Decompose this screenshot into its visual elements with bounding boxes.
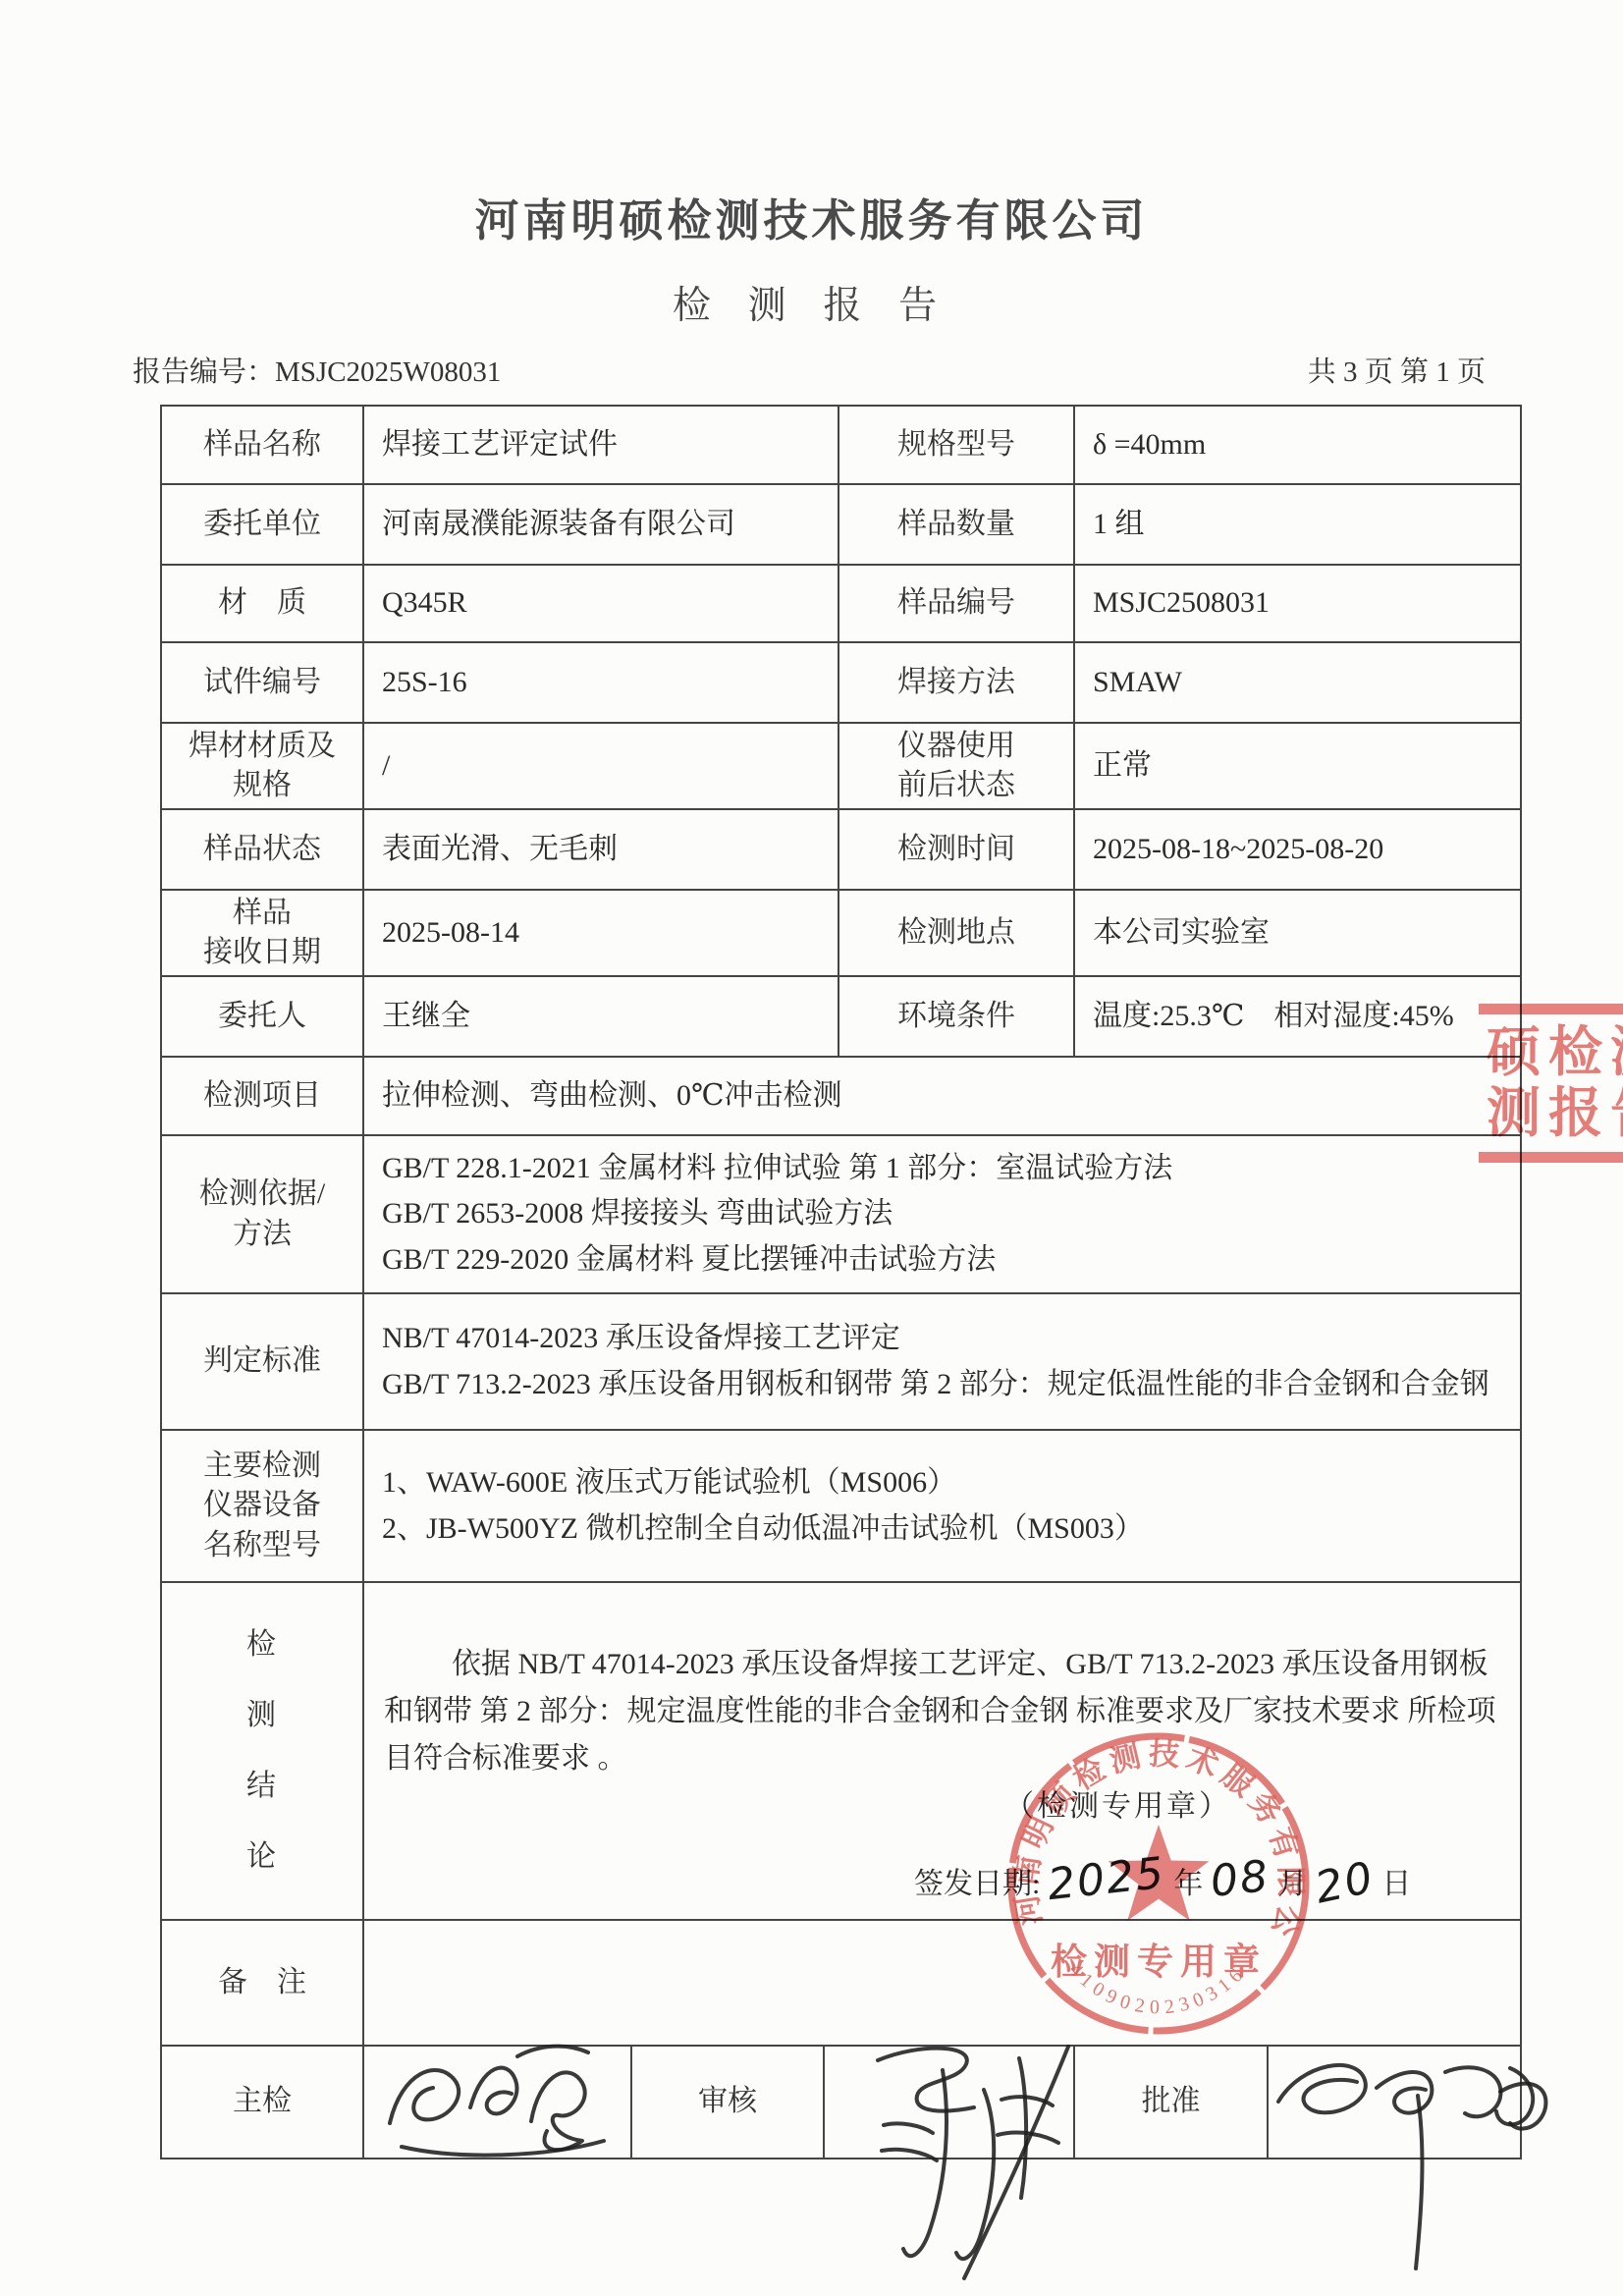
table-row: 检测项目 拉伸检测、弯曲检测、0℃冲击检测 xyxy=(161,1057,1521,1135)
table-row: 委托单位 河南晟濮能源装备有限公司 样品数量 1 组 xyxy=(161,484,1521,565)
field-label: 委托单位 xyxy=(161,484,363,565)
issue-month-suffix: 月 xyxy=(1277,1868,1307,1900)
table-row: 检测依据/ 方法 GB/T 228.1-2021 金属材料 拉伸试验 第 1 部… xyxy=(161,1135,1521,1293)
field-label: 样品数量 xyxy=(839,484,1074,565)
remark-value xyxy=(363,1920,1521,2046)
field-value: 表面光滑、无毛刺 xyxy=(363,809,839,890)
field-label: 仪器使用 前后状态 xyxy=(839,723,1074,809)
remark-row: 备 注 xyxy=(161,1920,1521,2046)
field-label: 样品 接收日期 xyxy=(161,890,363,976)
field-label: 焊材材质及 规格 xyxy=(161,723,363,809)
field-label: 规格型号 xyxy=(839,406,1074,484)
issue-year-suffix: 年 xyxy=(1173,1868,1203,1900)
reviewer-signature xyxy=(827,2031,1092,2296)
field-value: 1 组 xyxy=(1074,484,1521,565)
reviewer-signature-cell xyxy=(824,2046,1074,2159)
approver-signature xyxy=(1263,2033,1557,2278)
field-value: δ =40mm xyxy=(1074,406,1521,484)
doc-title: 检 测 报 告 xyxy=(0,275,1623,330)
field-label: 焊接方法 xyxy=(839,642,1074,723)
field-label: 检测依据/ 方法 xyxy=(161,1135,363,1293)
field-value: GB/T 228.1-2021 金属材料 拉伸试验 第 1 部分：室温试验方法 … xyxy=(363,1135,1521,1293)
inspector-label: 主检 xyxy=(161,2046,363,2159)
meta-row: 报告编号：MSJC2025W08031 共 3 页 第 1 页 xyxy=(133,350,1486,390)
report-table: 样品名称 焊接工艺评定试件 规格型号 δ =40mm 委托单位 河南晟濮能源装备… xyxy=(160,405,1522,2159)
field-label: 委托人 xyxy=(161,976,363,1057)
table-row: 试件编号 25S-16 焊接方法 SMAW xyxy=(161,642,1521,723)
field-label: 样品编号 xyxy=(839,565,1074,642)
approver-signature-cell xyxy=(1268,2046,1521,2159)
field-value: 正常 xyxy=(1074,723,1521,809)
field-label: 试件编号 xyxy=(161,642,363,723)
field-value: 1、WAW-600E 液压式万能试验机（MS006） 2、JB-W500YZ 微… xyxy=(363,1430,1521,1582)
approver-label: 批准 xyxy=(1074,2046,1268,2159)
issue-date-line: 签发日期:2025年08月20日 xyxy=(914,1846,1411,1913)
field-value: 本公司实验室 xyxy=(1074,890,1521,976)
conclusion-label: 检 测 结 论 xyxy=(161,1582,363,1920)
inspector-signature-cell xyxy=(363,2046,631,2159)
table-row: 样品 接收日期 2025-08-14 检测地点 本公司实验室 xyxy=(161,890,1521,976)
field-label: 检测项目 xyxy=(161,1057,363,1135)
field-label: 样品名称 xyxy=(161,406,363,484)
issue-month-handwritten: 08 xyxy=(1208,1843,1273,1916)
field-value: / xyxy=(363,723,839,809)
reviewer-label: 审核 xyxy=(631,2046,824,2159)
table-row: 材 质 Q345R 样品编号 MSJC2508031 xyxy=(161,565,1521,642)
report-number-label: 报告编号： xyxy=(133,356,275,388)
conclusion-row: 检 测 结 论 依据 NB/T 47014-2023 承压设备焊接工艺评定、GB… xyxy=(161,1582,1521,1920)
report-number-value: MSJC2025W08031 xyxy=(275,356,501,388)
signature-row: 主检 审核 xyxy=(161,2046,1521,2159)
field-value: 温度:25.3℃ 相对湿度:45% xyxy=(1074,976,1521,1057)
field-value: 2025-08-18~2025-08-20 xyxy=(1074,809,1521,890)
table-row: 焊材材质及 规格 / 仪器使用 前后状态 正常 xyxy=(161,723,1521,809)
issue-year-handwritten: 2025 xyxy=(1045,1840,1168,1919)
issue-day-suffix: 日 xyxy=(1381,1868,1411,1900)
field-label: 检测地点 xyxy=(839,890,1074,976)
issue-date-label: 签发日期: xyxy=(914,1868,1040,1900)
conclusion-text: 依据 NB/T 47014-2023 承压设备焊接工艺评定、GB/T 713.2… xyxy=(384,1641,1500,1782)
remark-label: 备 注 xyxy=(161,1920,363,2046)
pagination: 共 3 页 第 1 页 xyxy=(1308,350,1486,390)
table-row: 主要检测 仪器设备 名称型号 1、WAW-600E 液压式万能试验机（MS006… xyxy=(161,1430,1521,1582)
field-value: 25S-16 xyxy=(363,642,839,723)
field-label: 环境条件 xyxy=(839,976,1074,1057)
field-value: 焊接工艺评定试件 xyxy=(363,406,839,484)
table-row: 判定标准 NB/T 47014-2023 承压设备焊接工艺评定 GB/T 713… xyxy=(161,1293,1521,1430)
field-label: 材 质 xyxy=(161,565,363,642)
report-number: 报告编号：MSJC2025W08031 xyxy=(133,350,501,390)
table-row: 样品状态 表面光滑、无毛刺 检测时间 2025-08-18~2025-08-20 xyxy=(161,809,1521,890)
field-label: 检测时间 xyxy=(839,809,1074,890)
field-value: 2025-08-14 xyxy=(363,890,839,976)
field-value: 王继全 xyxy=(363,976,839,1057)
issue-day-handwritten: 20 xyxy=(1310,1844,1381,1922)
field-label: 样品状态 xyxy=(161,809,363,890)
conclusion-cell: 依据 NB/T 47014-2023 承压设备焊接工艺评定、GB/T 713.2… xyxy=(363,1582,1521,1920)
table-row: 委托人 王继全 环境条件 温度:25.3℃ 相对湿度:45% xyxy=(161,976,1521,1057)
field-value: 拉伸检测、弯曲检测、0℃冲击检测 xyxy=(363,1057,1521,1135)
field-label: 判定标准 xyxy=(161,1293,363,1430)
field-value: NB/T 47014-2023 承压设备焊接工艺评定 GB/T 713.2-20… xyxy=(363,1293,1521,1430)
seal-note: （检测专用章） xyxy=(1004,1784,1231,1831)
report-page: 河南明硕检测技术服务有限公司 检 测 报 告 报告编号：MSJC2025W080… xyxy=(0,0,1623,2296)
company-name: 河南明硕检测技术服务有限公司 xyxy=(0,185,1623,248)
table-row: 样品名称 焊接工艺评定试件 规格型号 δ =40mm xyxy=(161,406,1521,484)
field-value: MSJC2508031 xyxy=(1074,565,1521,642)
field-label: 主要检测 仪器设备 名称型号 xyxy=(161,1430,363,1582)
field-value: Q345R xyxy=(363,565,839,642)
field-value: 河南晟濮能源装备有限公司 xyxy=(363,484,839,565)
inspector-signature xyxy=(372,2029,627,2196)
field-value: SMAW xyxy=(1074,642,1521,723)
